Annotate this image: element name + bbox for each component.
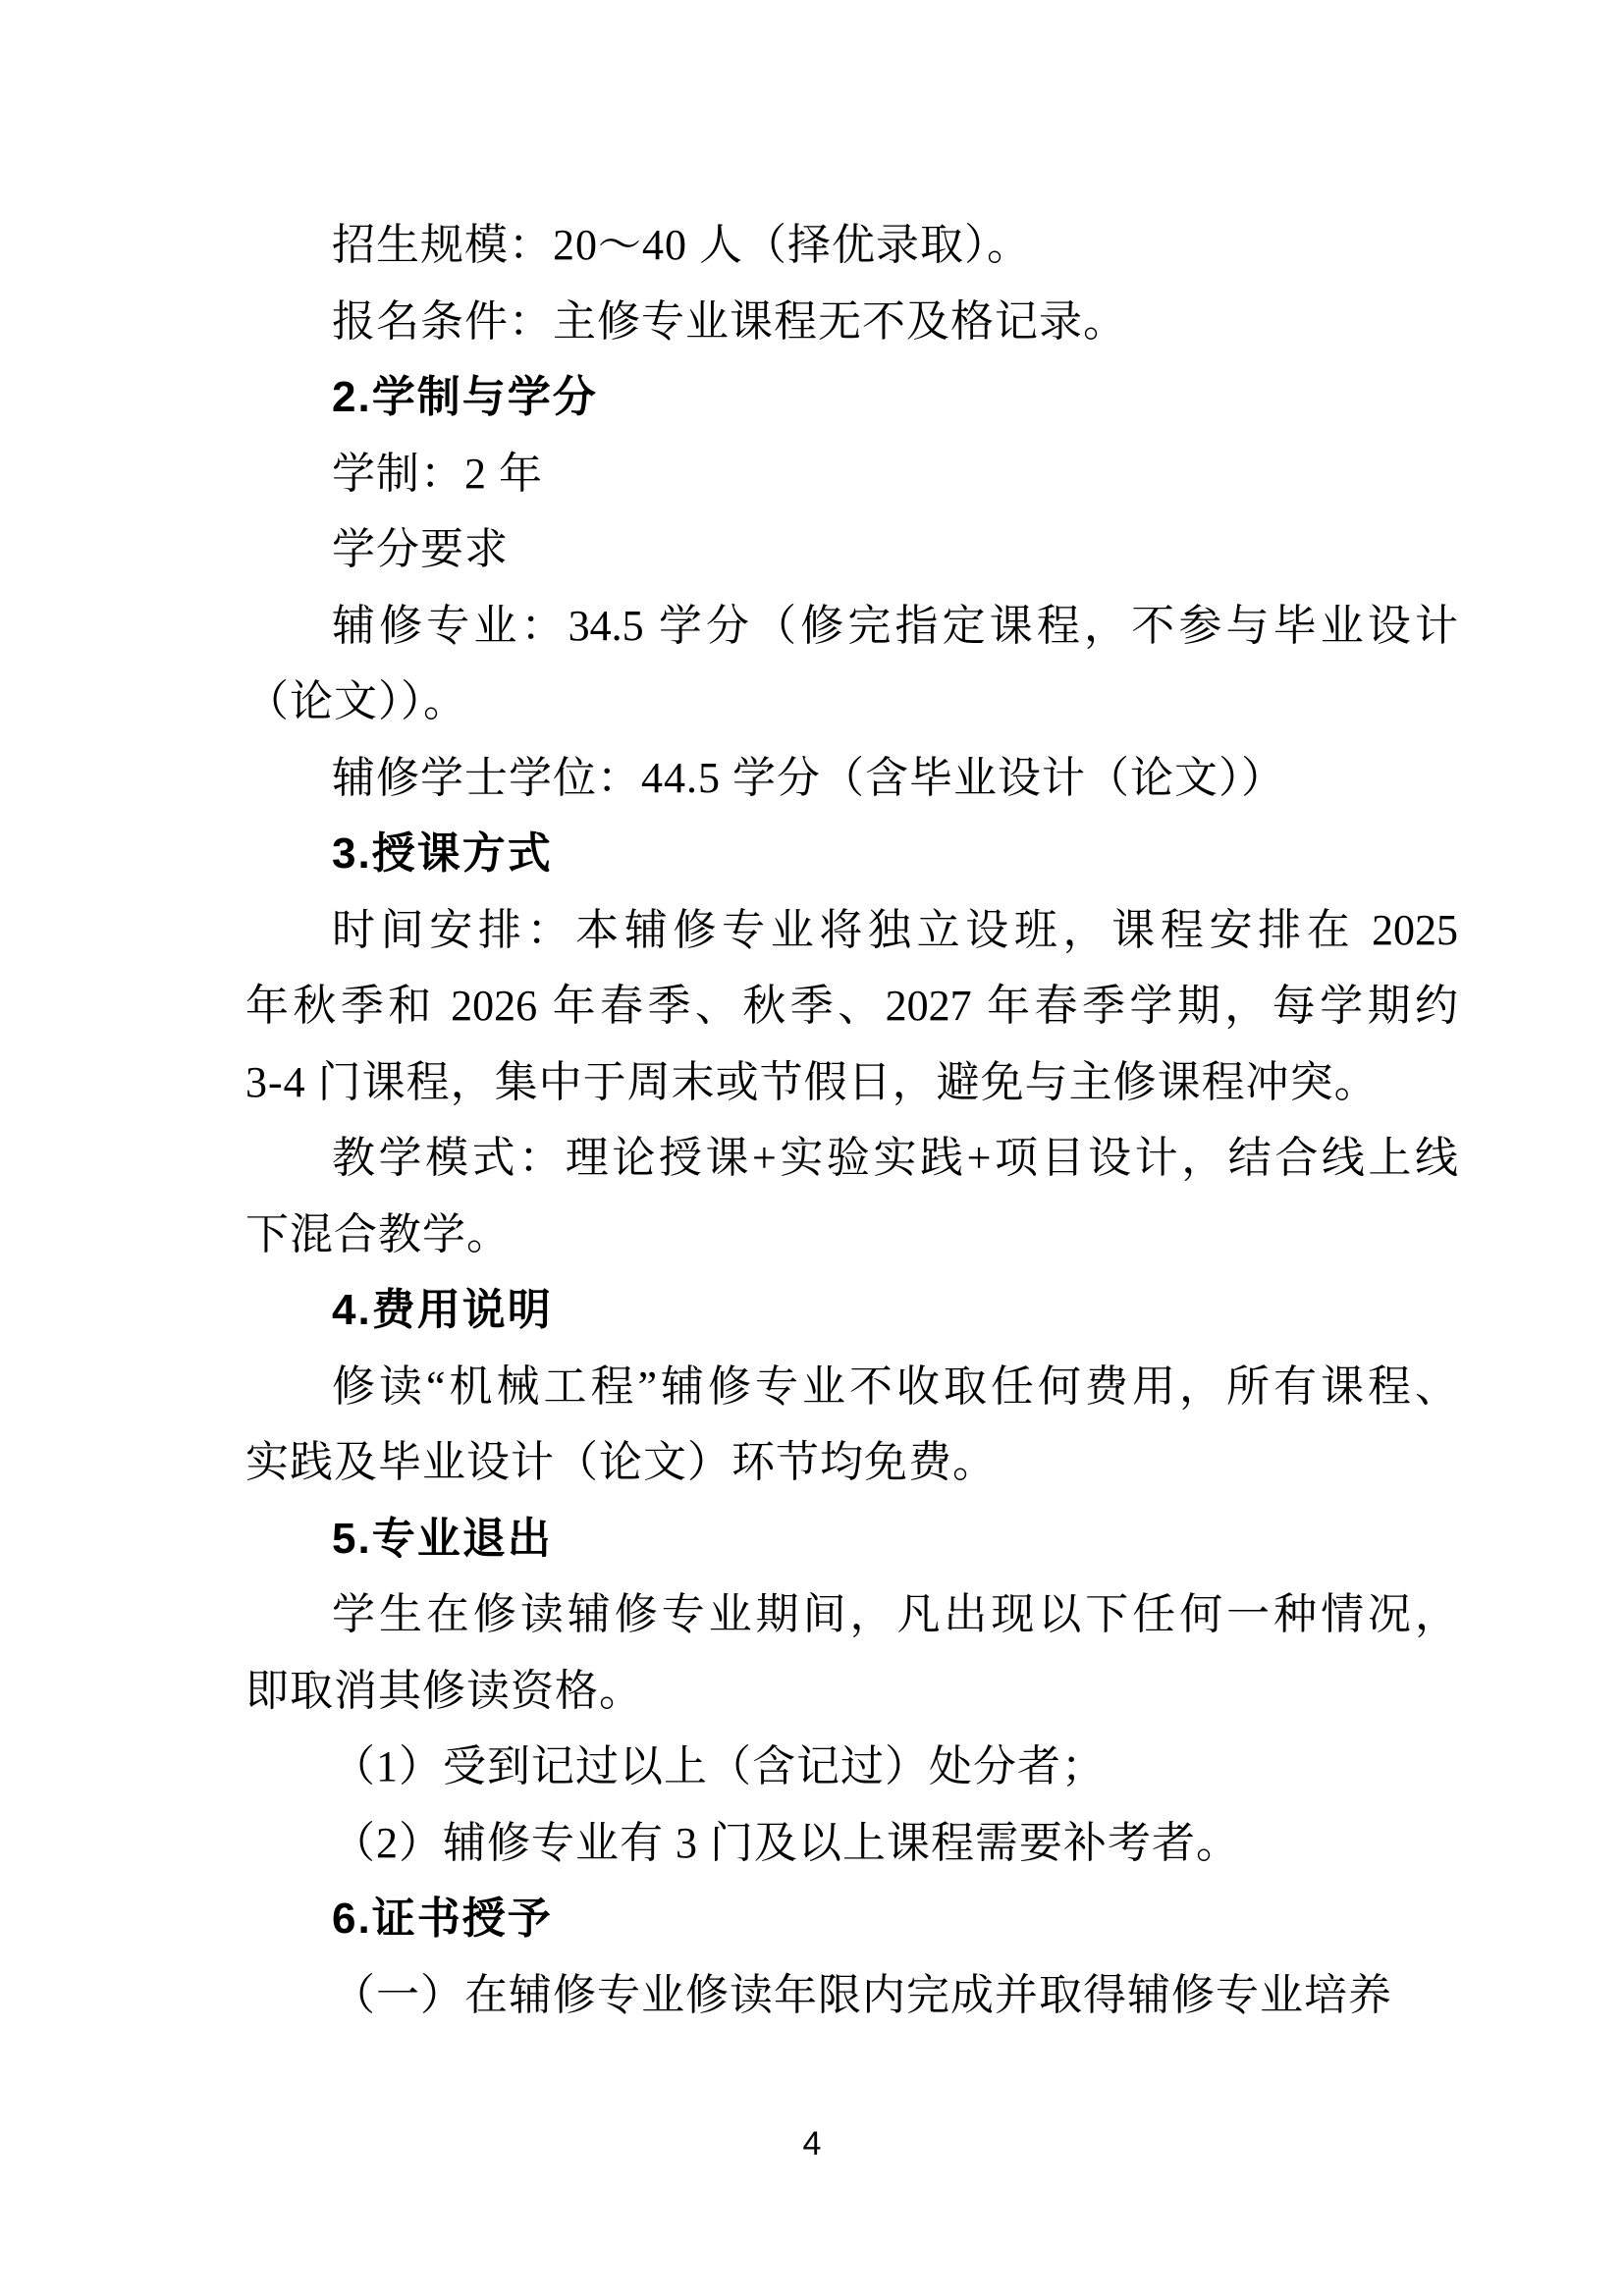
line-withdrawal-2: 即取消其修读资格。 bbox=[245, 1653, 1458, 1730]
heading-teaching-method: 3.授课方式 bbox=[245, 816, 1458, 892]
line-schedule-3: 3-4 门课程，集中于周末或节假日，避免与主修课程冲突。 bbox=[245, 1044, 1458, 1121]
line-teaching-mode-2: 下混合教学。 bbox=[245, 1197, 1458, 1273]
line-teaching-mode-1: 教学模式：理论授课+实验实践+项目设计，结合线上线 bbox=[245, 1120, 1458, 1197]
line-schedule-1: 时间安排：本辅修专业将独立设班，课程安排在 2025 bbox=[245, 892, 1458, 969]
document-text-block: 招生规模：20～40 人（择优录取）。 报名条件：主修专业课程无不及格记录。 2… bbox=[245, 207, 1458, 2033]
line-minor-credits-2: （论文））。 bbox=[245, 664, 1458, 740]
line-fees-1: 修读“机械工程”辅修专业不收取任何费用，所有课程、 bbox=[245, 1349, 1458, 1425]
line-duration: 学制：2 年 bbox=[245, 436, 1458, 512]
line-application-condition: 报名条件：主修专业课程无不及格记录。 bbox=[245, 284, 1458, 360]
line-credit-requirement: 学分要求 bbox=[245, 511, 1458, 588]
document-page: 招生规模：20～40 人（择优录取）。 报名条件：主修专业课程无不及格记录。 2… bbox=[0, 0, 1624, 2296]
line-schedule-2: 年秋季和 2026 年春季、秋季、2027 年春季学期，每学期约 bbox=[245, 968, 1458, 1044]
heading-fees: 4.费用说明 bbox=[245, 1272, 1458, 1349]
page-number: 4 bbox=[0, 2124, 1624, 2163]
heading-withdrawal: 5.专业退出 bbox=[245, 1501, 1458, 1577]
line-certificate-1: （一）在辅修专业修读年限内完成并取得辅修专业培养 bbox=[245, 1957, 1458, 2034]
line-withdrawal-item-1: （1）受到记过以上（含记过）处分者； bbox=[245, 1729, 1458, 1805]
line-fees-2: 实践及毕业设计（论文）环节均免费。 bbox=[245, 1424, 1458, 1501]
line-minor-credits-1: 辅修专业：34.5 学分（修完指定课程，不参与毕业设计 bbox=[245, 588, 1458, 665]
line-enrollment-scale: 招生规模：20～40 人（择优录取）。 bbox=[245, 207, 1458, 284]
heading-duration-credits: 2.学制与学分 bbox=[245, 359, 1458, 436]
line-withdrawal-1: 学生在修读辅修专业期间，凡出现以下任何一种情况， bbox=[245, 1576, 1458, 1653]
line-withdrawal-item-2: （2）辅修专业有 3 门及以上课程需要补考者。 bbox=[245, 1805, 1458, 1882]
heading-certificate: 6.证书授予 bbox=[245, 1881, 1458, 1957]
line-minor-degree-credits: 辅修学士学位：44.5 学分（含毕业设计（论文）） bbox=[245, 740, 1458, 817]
